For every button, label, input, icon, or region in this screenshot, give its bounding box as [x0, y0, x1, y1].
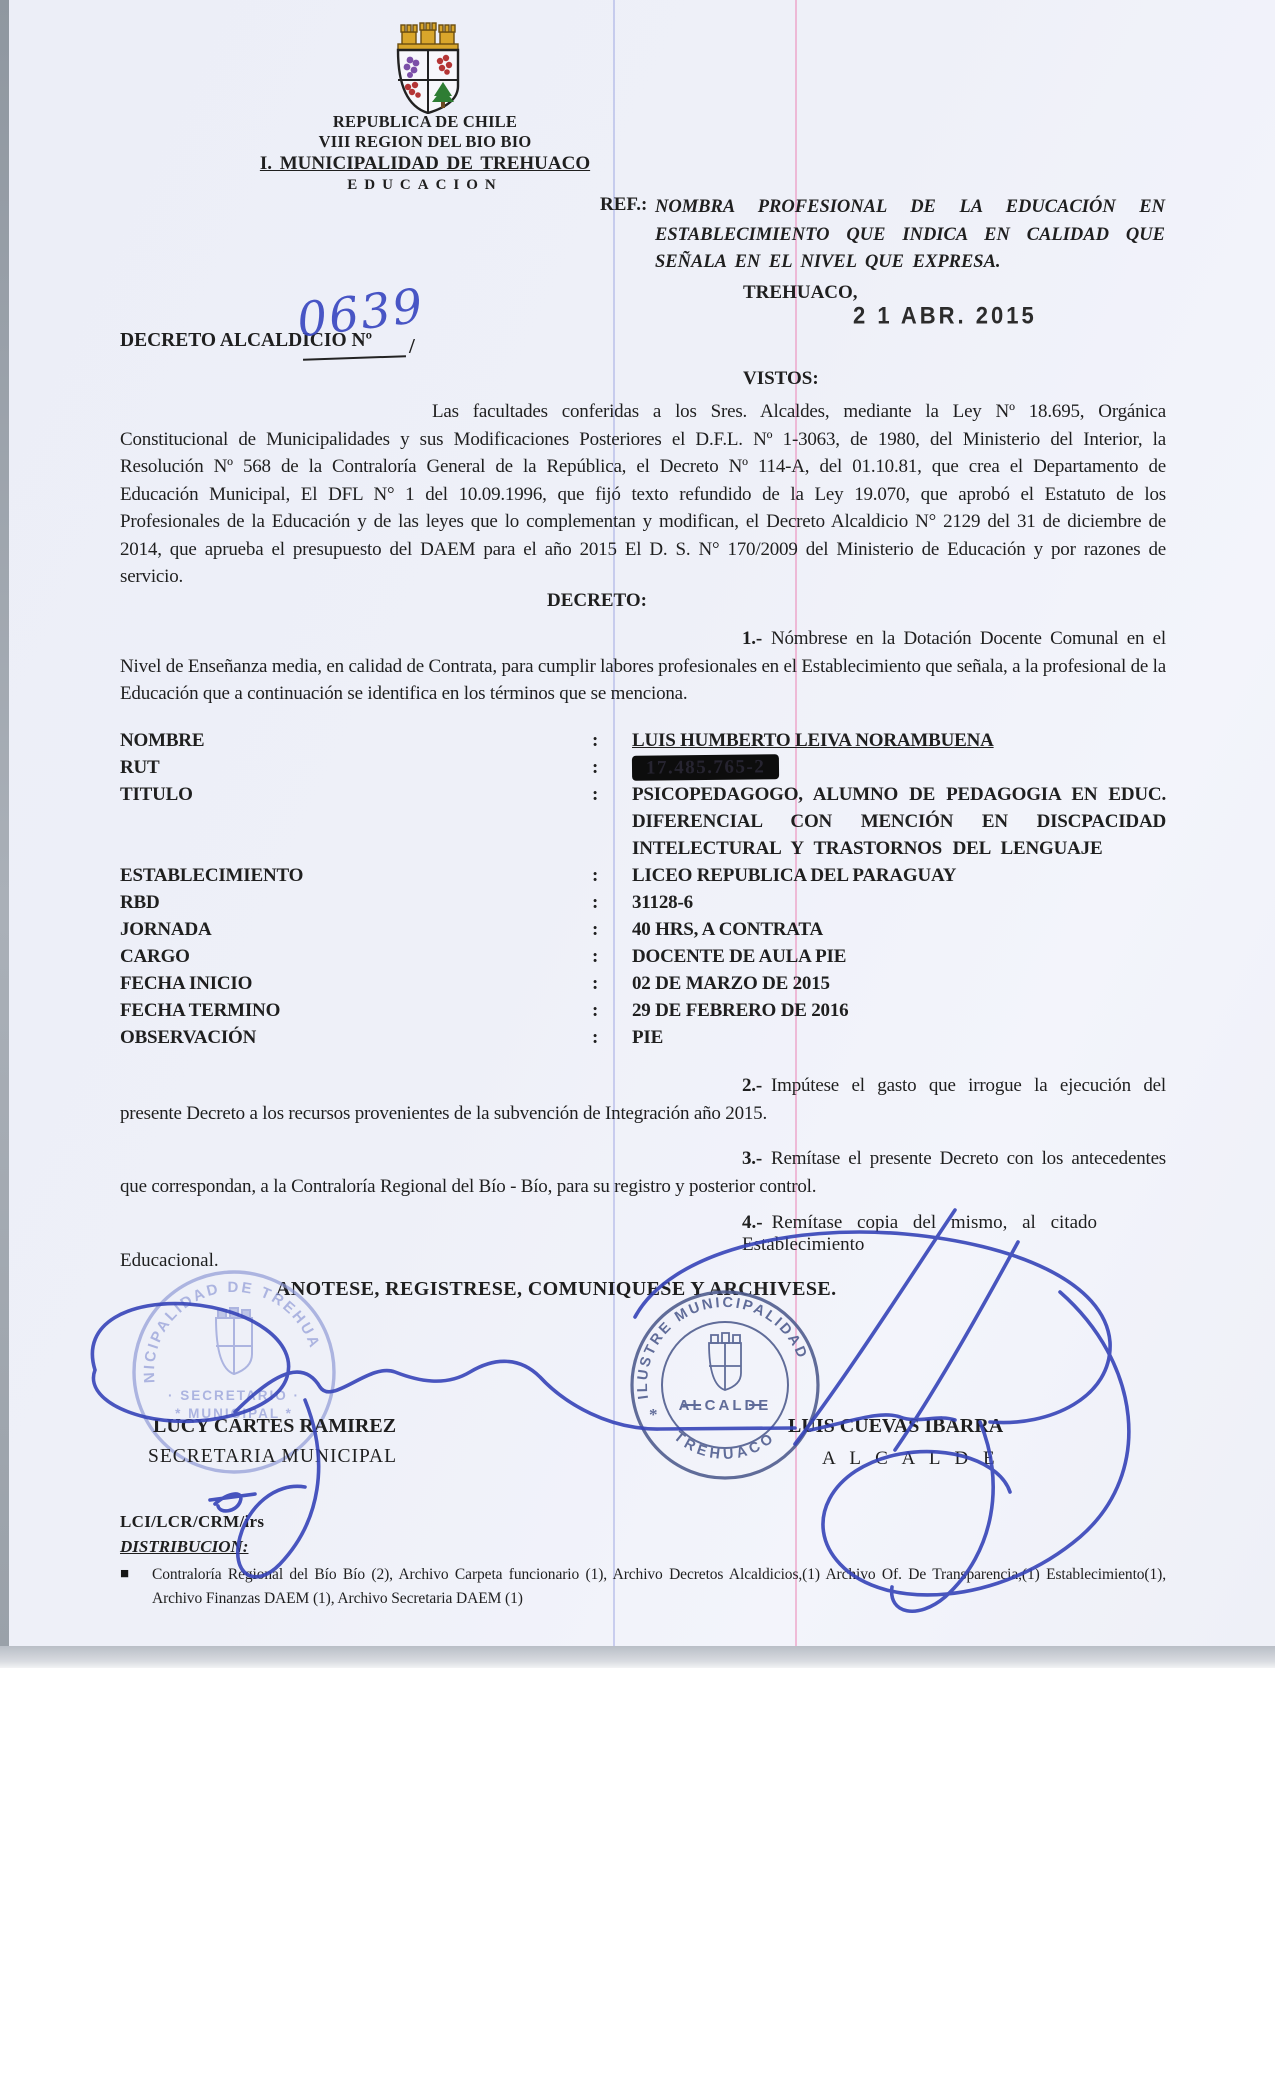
stamp-left-arc-text: MUNICIPALIDAD DE TREHUACO — [128, 1266, 324, 1391]
field-label: NOMBRE — [120, 727, 592, 754]
field-label: JORNADA — [120, 916, 592, 943]
ref-label: REF.: — [600, 194, 647, 216]
article-3-text: Remítase el presente Decreto con los ant… — [120, 1148, 1166, 1197]
field-label: RUT — [120, 754, 592, 781]
field-colon: : — [592, 727, 632, 754]
field-label: FECHA INICIO — [120, 970, 592, 997]
page-bottom-shadow — [0, 1646, 1275, 1668]
rut-redaction-bar: 17.485.765-2 — [632, 754, 780, 781]
field-row-titulo: TITULO : PSICOPEDAGOGO, ALUMNO DE PEDAGO… — [120, 781, 1166, 862]
article-2-number: 2.- — [742, 1075, 762, 1096]
field-label: OBSERVACIÓN — [120, 1024, 592, 1051]
scanned-decree-page: { "header": { "line1": "REPUBLICA DE CHI… — [0, 0, 1275, 2100]
field-colon: : — [592, 1024, 632, 1051]
letterhead-department: EDUCACION — [245, 175, 605, 196]
article-4: 4.-Remítase copia del mismo, al citado E… — [742, 1212, 1166, 1256]
document-initials: LCI/LCR/CRM/irs — [120, 1512, 264, 1532]
field-value: PSICOPEDAGOGO, ALUMNO DE PEDAGOGIA EN ED… — [632, 781, 1166, 862]
field-colon: : — [592, 916, 632, 943]
article-2: 2.-Impútese el gasto que irrogue la ejec… — [120, 1072, 1166, 1127]
field-value: 17.485.765-2 — [632, 754, 1166, 781]
field-value: 31128-6 — [632, 889, 1166, 916]
ref-subject-text: NOMBRA PROFESIONAL DE LA EDUCACIÓN EN ES… — [655, 194, 1165, 277]
field-row-rut: RUT : 17.485.765-2 — [120, 754, 1166, 781]
letterhead-municipality: I. MUNICIPALIDAD DE TREHUACO — [245, 152, 605, 175]
stamp-left-line1: · SECRETARIO · — [168, 1388, 300, 1403]
vistos-paragraph: Las facultades conferidas a los Sres. Al… — [120, 398, 1166, 591]
field-colon: : — [592, 781, 632, 862]
field-label: ESTABLECIMIENTO — [120, 862, 592, 889]
field-colon: : — [592, 997, 632, 1024]
stamp-right-arc-top: ILUSTRE MUNICIPALIDAD — [627, 1287, 811, 1402]
field-label: FECHA TERMINO — [120, 997, 592, 1024]
mayor-title: A L C A L D E — [822, 1448, 1000, 1470]
article-1-number: 1.- — [742, 628, 762, 649]
field-value: LUIS HUMBERTO LEIVA NORAMBUENA — [632, 727, 1166, 754]
svg-text:ILUSTRE MUNICIPALIDAD: ILUSTRE MUNICIPALIDAD — [627, 1287, 811, 1402]
article-3-number: 3.- — [742, 1148, 762, 1169]
field-row-fecha-inicio: FECHA INICIO : 02 DE MARZO DE 2015 — [120, 970, 1166, 997]
field-colon: : — [592, 943, 632, 970]
field-row-observacion: OBSERVACIÓN : PIE — [120, 1024, 1166, 1051]
article-4-text: Remítase copia del mismo, al citado Esta… — [742, 1212, 1097, 1255]
article-2-text: Impútese el gasto que irrogue la ejecuci… — [120, 1075, 1166, 1124]
field-row-fecha-termino: FECHA TERMINO : 29 DE FEBRERO DE 2016 — [120, 997, 1166, 1024]
stamp-right-arc-bottom: TREHUACO — [671, 1429, 780, 1463]
distribution-list: ■ Contraloría Regional del Bío Bío (2), … — [120, 1563, 1166, 1610]
letterhead-region: VIII REGION DEL BIO BIO — [245, 132, 605, 152]
article-3: 3.-Remítase el presente Decreto con los … — [120, 1145, 1166, 1200]
field-label: RBD — [120, 889, 592, 916]
decreto-heading: DECRETO: — [74, 590, 1120, 612]
svg-text:TREHUACO: TREHUACO — [671, 1429, 780, 1463]
field-row-rbd: RBD : 31128-6 — [120, 889, 1166, 916]
field-label: TITULO — [120, 781, 592, 862]
field-value: 02 DE MARZO DE 2015 — [632, 970, 1166, 997]
date-received-stamp: 2 1 ABR. 2015 — [853, 302, 1037, 330]
place-line: TREHUACO, — [743, 282, 858, 304]
secretary-title: SECRETARIA MUNICIPAL — [148, 1446, 397, 1468]
field-colon: : — [592, 970, 632, 997]
letterhead: REPUBLICA DE CHILE VIII REGION DEL BIO B… — [245, 112, 605, 196]
field-value: 29 DE FEBRERO DE 2016 — [632, 997, 1166, 1024]
svg-text:MUNICIPALIDAD DE TREHUACO: MUNICIPALIDAD DE TREHUACO — [128, 1266, 324, 1391]
distribution-heading: DISTRIBUCION: — [120, 1537, 248, 1557]
article-1: 1.-Nómbrese en la Dotación Docente Comun… — [120, 625, 1166, 708]
field-value: DOCENTE DE AULA PIE — [632, 943, 1166, 970]
field-label: CARGO — [120, 943, 592, 970]
vistos-label: VISTOS: — [743, 368, 819, 390]
field-row-establecimiento: ESTABLECIMIENTO : LICEO REPUBLICA DEL PA… — [120, 862, 1166, 889]
distribution-text: Contraloría Regional del Bío Bío (2), Ar… — [152, 1563, 1166, 1610]
article-1-text: Nómbrese en la Dotación Docente Comunal … — [120, 628, 1166, 704]
alcalde-stamp: ILUSTRE MUNICIPALIDAD TREHUACO ALCALDE * — [627, 1287, 823, 1483]
secretary-name: LUCY CARTES RAMIREZ — [153, 1415, 396, 1438]
bullet-icon: ■ — [120, 1563, 152, 1610]
stamp-right-asterisk: * — [649, 1405, 658, 1424]
field-row-cargo: CARGO : DOCENTE DE AULA PIE — [120, 943, 1166, 970]
decree-number-slash: / — [409, 334, 415, 359]
field-value: 40 HRS, A CONTRATA — [632, 916, 1166, 943]
field-value: LICEO REPUBLICA DEL PARAGUAY — [632, 862, 1166, 889]
field-colon: : — [592, 754, 632, 781]
article-4-number: 4.- — [742, 1212, 763, 1233]
letterhead-country: REPUBLICA DE CHILE — [245, 112, 605, 132]
appointment-fields: NOMBRE : LUIS HUMBERTO LEIVA NORAMBUENA … — [120, 727, 1166, 1051]
field-value: PIE — [632, 1024, 1166, 1051]
mayor-name: LUIS CUEVAS IBARRA — [788, 1415, 1003, 1438]
coat-of-arms-icon — [388, 20, 468, 114]
field-colon: : — [592, 862, 632, 889]
field-row-jornada: JORNADA : 40 HRS, A CONTRATA — [120, 916, 1166, 943]
field-row-nombre: NOMBRE : LUIS HUMBERTO LEIVA NORAMBUENA — [120, 727, 1166, 754]
scanner-edge-strip — [0, 0, 9, 1648]
field-colon: : — [592, 889, 632, 916]
